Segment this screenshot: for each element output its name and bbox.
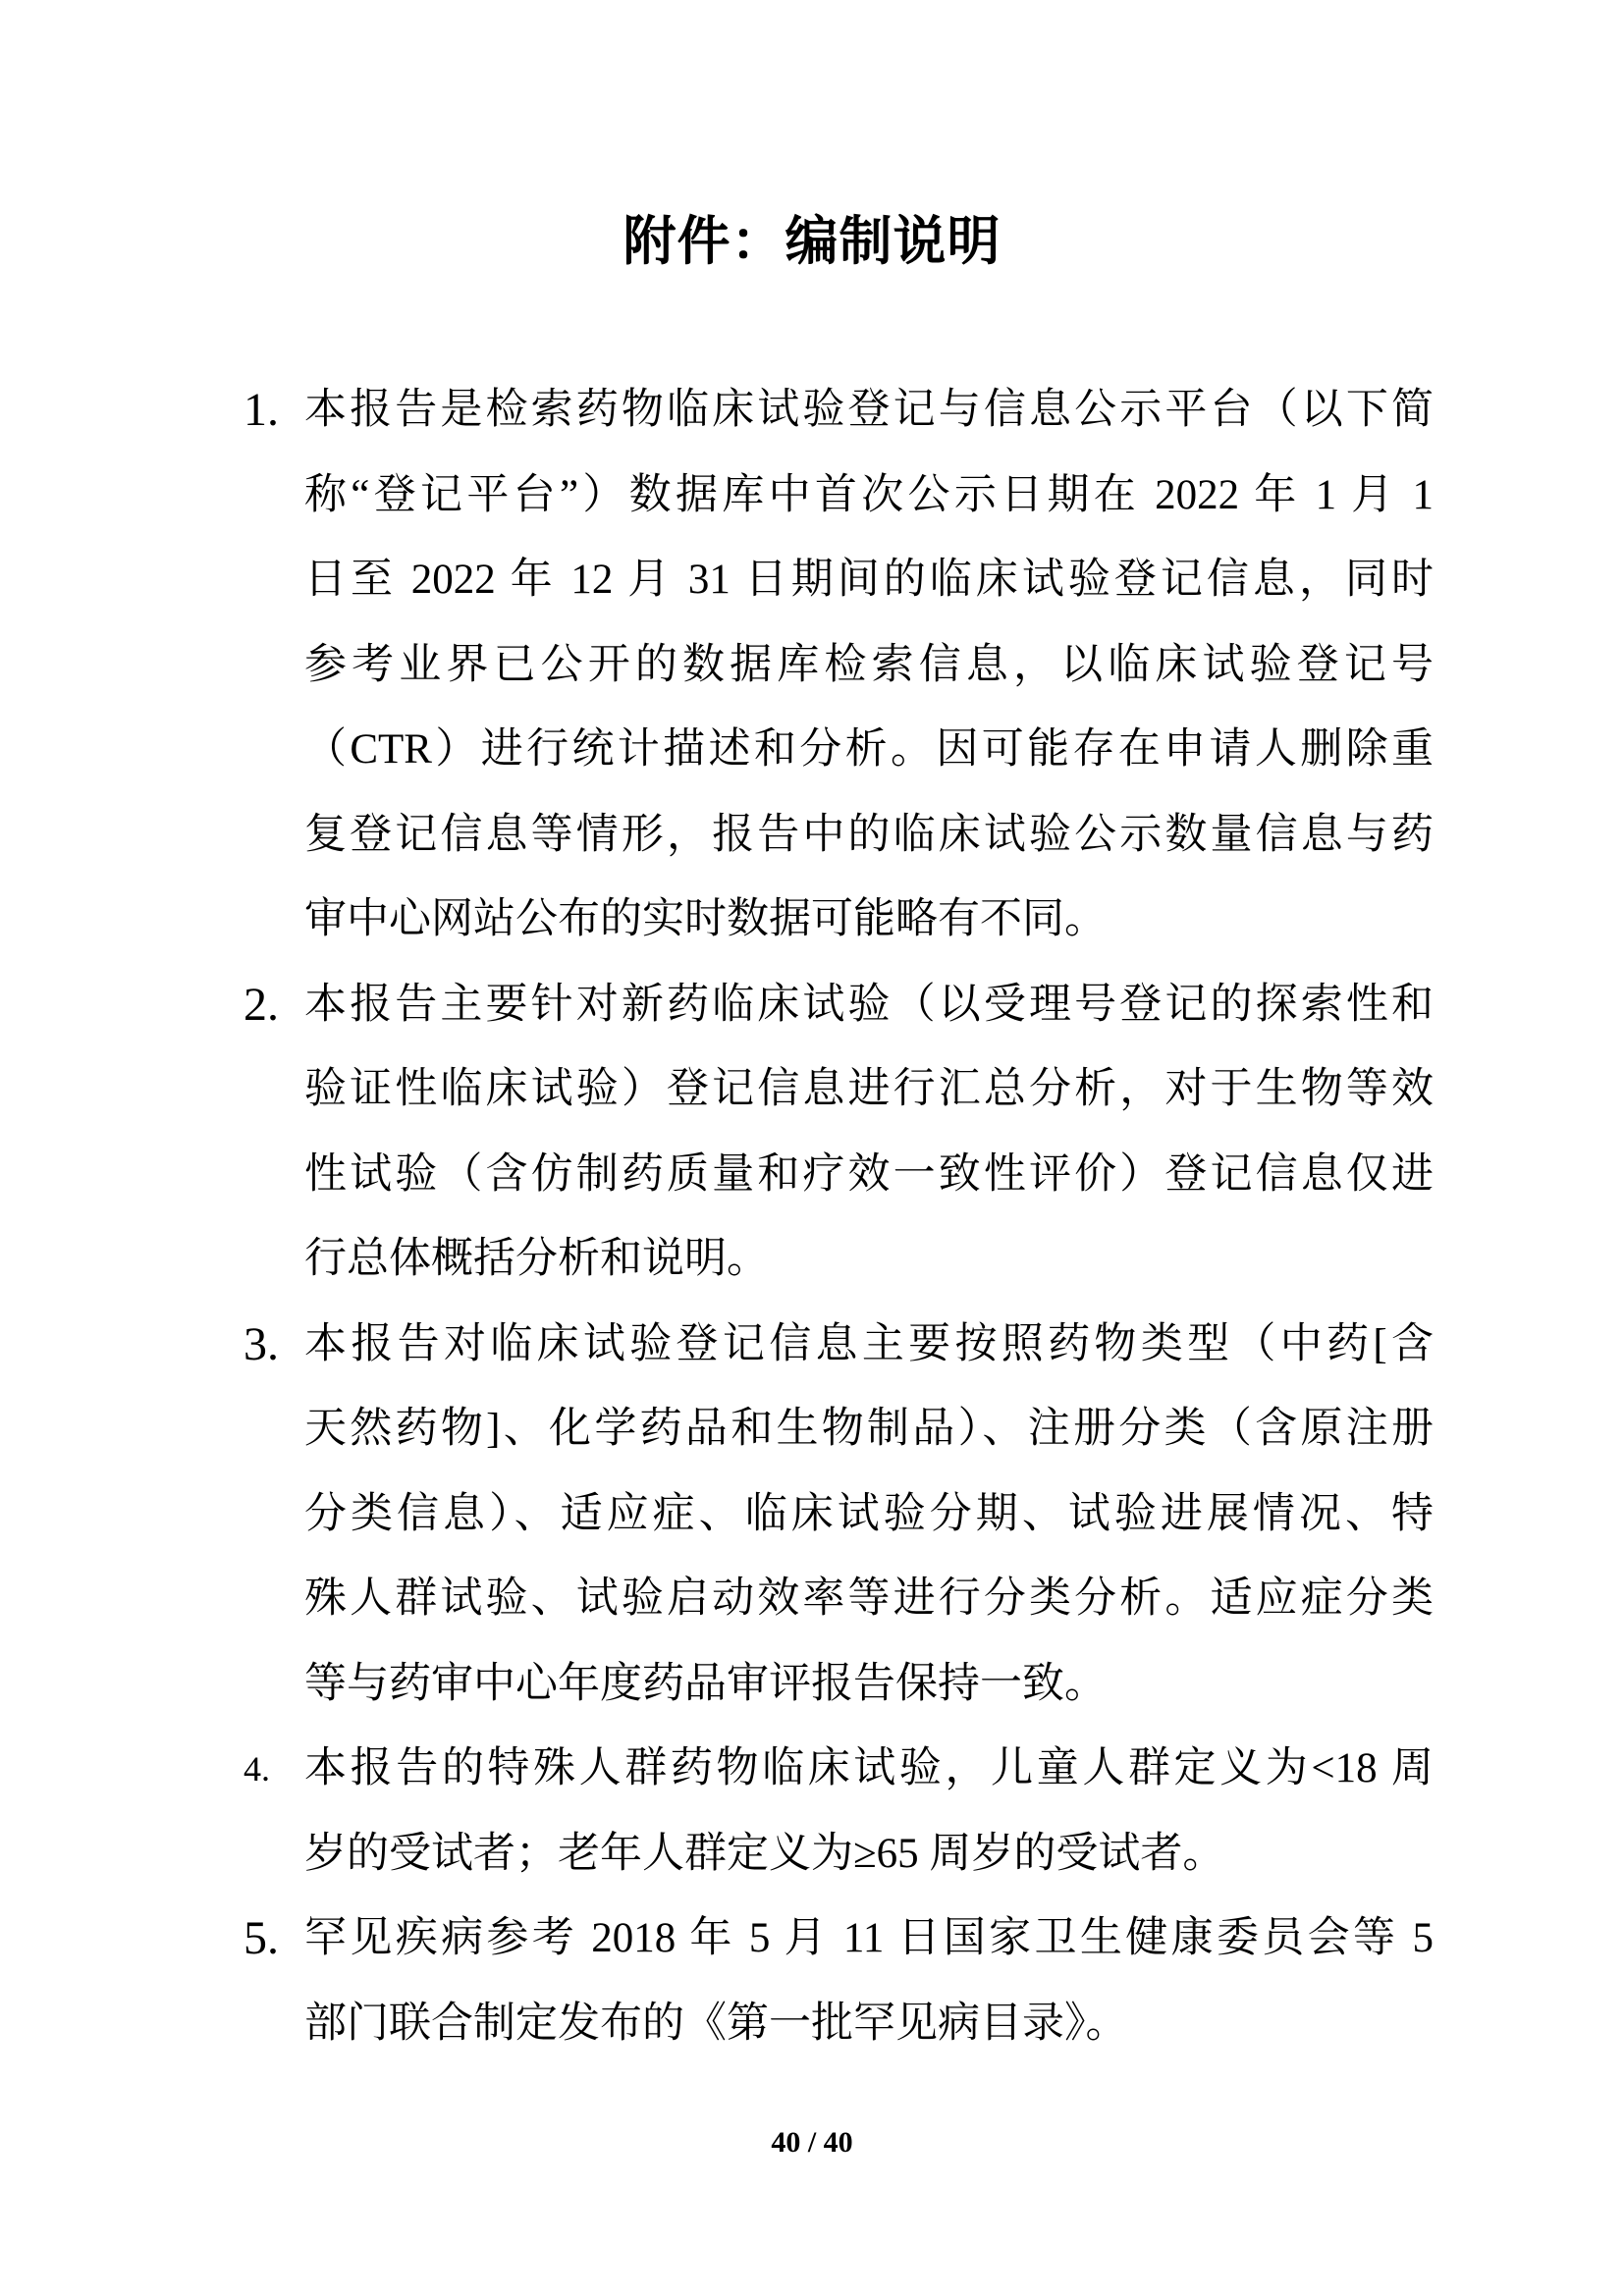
list-item-3: 3. 本报告对临床试验登记信息主要按照药物类型（中药[含 天然药物]、化学药品和… (304, 1303, 1434, 1728)
page-number-footer: 40 / 40 (0, 2123, 1624, 2163)
text-line: 审中心网站公布的实时数据可能略有不同。 (304, 878, 1434, 963)
text-line: 验证性临床试验）登记信息进行汇总分析，对于生物等效 (304, 1047, 1434, 1133)
text-line: 部门联合制定发布的《第一批罕见病目录》。 (304, 1982, 1434, 2067)
item-number: 1. (244, 368, 302, 454)
text-line: 称“登记平台”）数据库中首次公示日期在 2022 年 1 月 1 (304, 454, 1434, 539)
text-line: 复登记信息等情形，报告中的临床试验公示数量信息与药 (304, 793, 1434, 879)
text-line: 参考业界已公开的数据库检索信息，以临床试验登记号 (304, 623, 1434, 709)
text-line: 罕见疾病参考 2018 年 5 月 11 日国家卫生健康委员会等 5 (304, 1896, 1434, 1982)
text-line: 殊人群试验、试验启动效率等进行分类分析。适应症分类 (304, 1557, 1434, 1642)
page-title: 附件：编制说明 (0, 199, 1624, 275)
text-line: 日至 2022 年 12 月 31 日期间的临床试验登记信息，同时 (304, 538, 1434, 623)
text-line: 性试验（含仿制药质量和疗效一致性评价）登记信息仅进 (304, 1133, 1434, 1218)
text-line: 本报告主要针对新药临床试验（以受理号登记的探索性和 (304, 963, 1434, 1048)
document-page: 附件：编制说明 1. 本报告是检索药物临床试验登记与信息公示平台（以下简 称“登… (0, 0, 1624, 2296)
text-line: （CTR）进行统计描述和分析。因可能存在申请人删除重 (304, 708, 1434, 793)
document-body: 1. 本报告是检索药物临床试验登记与信息公示平台（以下简 称“登记平台”）数据库… (304, 368, 1434, 2066)
text-line: 本报告对临床试验登记信息主要按照药物类型（中药[含 (304, 1303, 1434, 1388)
item-number: 2. (244, 963, 302, 1048)
list-item-1: 1. 本报告是检索药物临床试验登记与信息公示平台（以下简 称“登记平台”）数据库… (304, 368, 1434, 963)
item-number: 3. (244, 1303, 302, 1388)
list-item-5: 5. 罕见疾病参考 2018 年 5 月 11 日国家卫生健康委员会等 5 部门… (304, 1896, 1434, 2066)
text-line: 行总体概括分析和说明。 (304, 1217, 1434, 1303)
item-number: 5. (244, 1896, 302, 1982)
text-line: 本报告的特殊人群药物临床试验，儿童人群定义为<18 周 (304, 1727, 1434, 1812)
list-item-2: 2. 本报告主要针对新药临床试验（以受理号登记的探索性和 验证性临床试验）登记信… (304, 963, 1434, 1303)
text-line: 本报告是检索药物临床试验登记与信息公示平台（以下简 (304, 368, 1434, 454)
text-line: 等与药审中心年度药品审评报告保持一致。 (304, 1642, 1434, 1728)
text-line: 天然药物]、化学药品和生物制品）、注册分类（含原注册 (304, 1387, 1434, 1472)
text-line: 分类信息）、适应症、临床试验分期、试验进展情况、特 (304, 1472, 1434, 1558)
text-line: 岁的受试者；老年人群定义为≥65 周岁的受试者。 (304, 1812, 1434, 1897)
list-item-4: 4. 本报告的特殊人群药物临床试验，儿童人群定义为<18 周 岁的受试者；老年人… (304, 1727, 1434, 1896)
item-number: 4. (244, 1727, 302, 1812)
